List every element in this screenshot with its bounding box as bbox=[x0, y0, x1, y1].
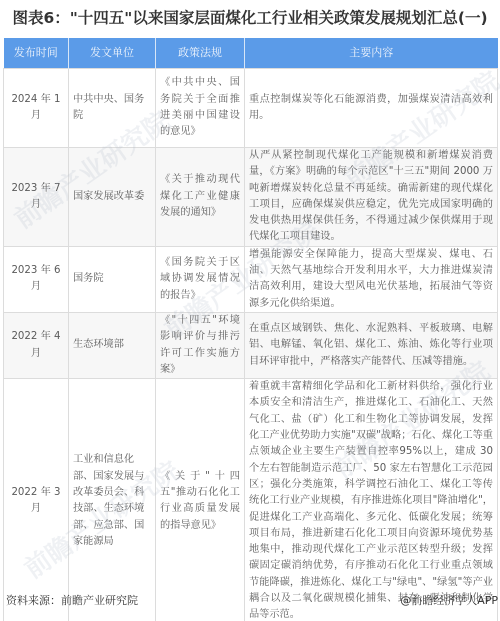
column-header-law: 政策法规 bbox=[156, 38, 245, 69]
cell-org: 生态环境部 bbox=[69, 312, 156, 378]
cell-law: 《关于推动现代煤化工产业健康发展的通知》 bbox=[156, 148, 245, 247]
table-row: 2022 年 4 月 生态环境部 《"十四五"环境影响评价与排污许可工作实施方案… bbox=[4, 312, 498, 378]
cell-date: 2022 年 3 月 bbox=[4, 379, 69, 621]
cell-law: 《"十四五"环境影响评价与排污许可工作实施方案》 bbox=[156, 312, 245, 378]
cell-law: 《国务院关于区域协调发展情况的报告》 bbox=[156, 246, 245, 312]
cell-content: 增强能源安全保障能力，提高大型煤炭、煤电、石油、天然气基地综合开发利用水平，大力… bbox=[245, 246, 498, 312]
table-row: 2022 年 3 月 工业和信息化部、国家发展与改革委员会、科技部、生态环境部、… bbox=[4, 379, 498, 621]
cell-law: 《中共中央、国务院关于全面推进美丽中国建设的意见》 bbox=[156, 69, 245, 148]
column-header-date: 发布时间 bbox=[4, 38, 69, 69]
credit-note: @前瞻经济学人APP bbox=[400, 592, 498, 608]
cell-date: 2024 年 1 月 bbox=[4, 69, 69, 148]
cell-content: 重点控制煤炭等化石能源消费，加强煤炭清洁高效利用。 bbox=[245, 69, 498, 148]
cell-org: 工业和信息化部、国家发展与改革委员会、科技部、生态环境部、应急部、国家能源局 bbox=[69, 379, 156, 621]
table-row: 2024 年 1 月 中共中央、国务院 《中共中央、国务院关于全面推进美丽中国建… bbox=[4, 69, 498, 148]
cell-date: 2023 年 7 月 bbox=[4, 148, 69, 247]
source-note: 资料来源：前瞻产业研究院 bbox=[6, 592, 138, 608]
cell-content: 从严从紧控制现代煤化工产能规模和新增煤炭消费量，《方案》明确的每个示范区"十三五… bbox=[245, 148, 498, 247]
chart-title: 图表6："十四五"以来国家层面煤化工行业相关政策发展规划汇总(一) bbox=[0, 6, 500, 28]
cell-org: 中共中央、国务院 bbox=[69, 69, 156, 148]
cell-org: 国务院 bbox=[69, 246, 156, 312]
cell-date: 2023 年 6 月 bbox=[4, 246, 69, 312]
cell-law: 《关于"十四五"推动石化化工行业高质量发展的指导意见》 bbox=[156, 379, 245, 621]
policy-table: 发布时间 发文单位 政策法规 主要内容 2024 年 1 月 中共中央、国务院 … bbox=[3, 38, 498, 621]
cell-date: 2022 年 4 月 bbox=[4, 312, 69, 378]
column-header-content: 主要内容 bbox=[245, 38, 498, 69]
cell-content: 着重就丰富精细化学品和化工新材料供给，强化行业本质安全和清洁生产，推进煤化工、石… bbox=[245, 379, 498, 621]
table-header-row: 发布时间 发文单位 政策法规 主要内容 bbox=[4, 38, 498, 69]
column-header-org: 发文单位 bbox=[69, 38, 156, 69]
table-row: 2023 年 6 月 国务院 《国务院关于区域协调发展情况的报告》 增强能源安全… bbox=[4, 246, 498, 312]
cell-content: 在重点区域钢铁、焦化、水泥熟料、平板玻璃、电解铝、电解锰、氧化铝、煤化工、炼油、… bbox=[245, 312, 498, 378]
cell-org: 国家发展改革委 bbox=[69, 148, 156, 247]
table-row: 2023 年 7 月 国家发展改革委 《关于推动现代煤化工产业健康发展的通知》 … bbox=[4, 148, 498, 247]
